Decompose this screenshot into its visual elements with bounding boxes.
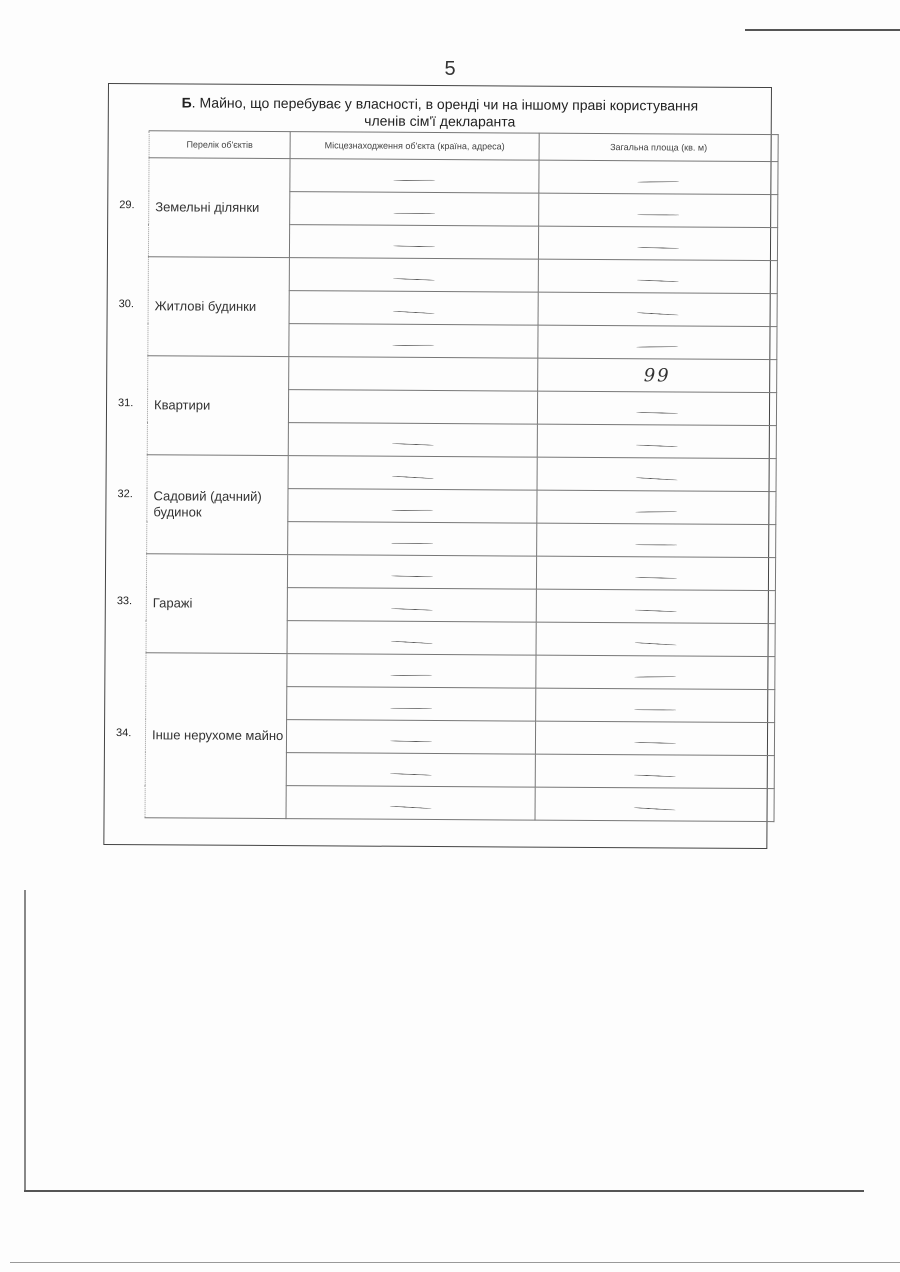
handwritten-dash: [393, 179, 435, 180]
table-header-row: Перелік об'єктів Місцезнаходження об'єкт…: [149, 131, 778, 162]
location-cell[interactable]: [287, 555, 536, 590]
location-cell[interactable]: [289, 357, 538, 392]
area-cell[interactable]: [537, 457, 776, 491]
table-body: 29.Земельні ділянки30.Житлові будинки31.…: [145, 158, 778, 822]
category-cell: 34.Інше нерухоме майно: [145, 653, 287, 819]
scan-edge-top-right: [745, 29, 900, 31]
category-label: Житлові будинки: [149, 298, 289, 315]
handwritten-dash: [636, 346, 678, 347]
handwritten-dash: [637, 181, 679, 182]
section-title: Б. Майно, що перебуває у власності, в ор…: [109, 94, 771, 132]
area-cell[interactable]: [537, 490, 776, 524]
handwritten-dash: [634, 774, 676, 777]
area-cell[interactable]: [538, 292, 777, 326]
handwritten-dash: [637, 279, 679, 282]
handwritten-dash: [635, 576, 677, 578]
area-cell[interactable]: [536, 589, 775, 623]
area-cell[interactable]: [535, 754, 774, 788]
table-row: 34.Інше нерухоме майно: [146, 653, 775, 690]
handwritten-dash: [635, 544, 677, 545]
handwritten-dash: [637, 312, 679, 315]
handwritten-dash: [393, 310, 435, 313]
location-cell[interactable]: [288, 489, 537, 524]
location-cell[interactable]: [287, 588, 536, 623]
handwritten-dash: [634, 676, 676, 677]
handwritten-dash: [392, 443, 434, 446]
handwritten-dash: [634, 807, 676, 810]
handwritten-dash: [636, 477, 678, 480]
area-cell[interactable]: [538, 259, 777, 293]
handwritten-dash: [635, 609, 677, 612]
section-title-line1: . Майно, що перебуває у власності, в оре…: [192, 95, 698, 114]
handwritten-dash: [390, 773, 432, 776]
area-cell[interactable]: [538, 325, 777, 359]
scan-edge-footer: [10, 1262, 900, 1263]
table-row: 30.Житлові будинки: [148, 257, 777, 294]
location-cell[interactable]: [287, 654, 536, 689]
area-cell[interactable]: [539, 193, 778, 227]
category-cell: 33.Гаражі: [146, 554, 288, 654]
category-number: 34.: [116, 727, 131, 739]
handwritten-dash: [391, 608, 433, 611]
location-cell[interactable]: [287, 687, 536, 722]
category-label: Інше нерухоме майно: [146, 727, 286, 744]
handwritten-dash: [391, 509, 433, 510]
category-label: Земельні ділянки: [149, 199, 289, 216]
header-objects: Перелік об'єктів: [149, 131, 290, 159]
handwritten-dash: [391, 575, 433, 577]
location-cell[interactable]: [288, 522, 537, 557]
area-cell[interactable]: [537, 424, 776, 458]
handwritten-dash: [391, 640, 433, 643]
handwritten-dash: [635, 511, 677, 512]
section-frame: Б. Майно, що перебуває у власності, в ор…: [103, 83, 772, 849]
area-cell[interactable]: [535, 721, 774, 755]
table-row: 29.Земельні ділянки: [149, 158, 778, 195]
area-cell[interactable]: [536, 688, 775, 722]
handwritten-dash: [391, 542, 433, 543]
location-cell[interactable]: [286, 720, 535, 755]
location-cell[interactable]: [288, 423, 537, 458]
location-cell[interactable]: [289, 324, 538, 359]
location-cell[interactable]: [290, 192, 539, 227]
header-location: Місцезнаходження об'єкта (країна, адреса…: [290, 132, 539, 161]
handwritten-dash: [634, 709, 676, 710]
handwritten-dash: [393, 212, 435, 213]
handwritten-dash: [637, 246, 679, 248]
category-number: 31.: [118, 397, 133, 409]
table-row: 32.Садовий (дачний) будинок: [147, 455, 776, 492]
handwritten-dash: [635, 642, 677, 645]
location-cell[interactable]: [288, 456, 537, 491]
location-cell[interactable]: [289, 225, 538, 260]
category-cell: 29.Земельні ділянки: [148, 158, 290, 258]
table-row: 33.Гаражі: [146, 554, 775, 591]
handwritten-dash: [393, 278, 435, 281]
area-cell[interactable]: [537, 523, 776, 557]
category-cell: 30.Житлові будинки: [148, 257, 290, 357]
handwritten-dash: [393, 245, 435, 247]
location-cell[interactable]: [290, 159, 539, 194]
category-number: 29.: [119, 199, 134, 211]
area-cell[interactable]: [536, 556, 775, 590]
handwritten-dash: [634, 741, 676, 743]
handwritten-dash: [637, 214, 679, 215]
category-number: 30.: [119, 298, 134, 310]
category-number: 32.: [117, 488, 132, 500]
scan-edge-bottom: [24, 1190, 864, 1192]
header-area: Загальна площа (кв. м): [539, 133, 778, 161]
category-cell: 31.Квартири: [147, 356, 289, 456]
area-cell[interactable]: [535, 787, 774, 821]
location-cell[interactable]: [289, 291, 538, 326]
area-cell[interactable]: [537, 391, 776, 425]
page-number: 5: [0, 58, 900, 81]
handwritten-dash: [390, 674, 432, 675]
area-cell[interactable]: [536, 655, 775, 689]
handwritten-value: 99: [644, 365, 671, 386]
category-label: Садовий (дачний) будинок: [147, 488, 287, 521]
category-label: Квартири: [148, 397, 288, 414]
handwritten-dash: [636, 411, 678, 413]
area-cell[interactable]: [539, 160, 778, 194]
handwritten-dash: [390, 707, 432, 708]
location-cell[interactable]: [288, 390, 537, 425]
property-table: Перелік об'єктів Місцезнаходження об'єкт…: [145, 130, 779, 822]
table-row: 31.Квартири99: [148, 356, 777, 393]
location-cell[interactable]: [286, 753, 535, 788]
handwritten-dash: [636, 444, 678, 447]
location-cell[interactable]: [286, 786, 535, 821]
category-cell: 32.Садовий (дачний) будинок: [147, 455, 289, 555]
location-cell[interactable]: [289, 258, 538, 293]
category-label: Гаражі: [147, 595, 287, 612]
area-cell[interactable]: 99: [538, 358, 777, 392]
scan-edge-left: [24, 890, 26, 1190]
section-letter: Б: [182, 94, 192, 110]
location-cell[interactable]: [287, 621, 536, 656]
section-title-line2: членів сім'ї декларанта: [364, 113, 515, 130]
category-number: 33.: [117, 595, 132, 607]
handwritten-dash: [392, 344, 434, 345]
area-cell[interactable]: [538, 226, 777, 260]
handwritten-dash: [392, 475, 434, 478]
handwritten-dash: [390, 740, 432, 742]
area-cell[interactable]: [536, 622, 775, 656]
handwritten-dash: [390, 805, 432, 808]
